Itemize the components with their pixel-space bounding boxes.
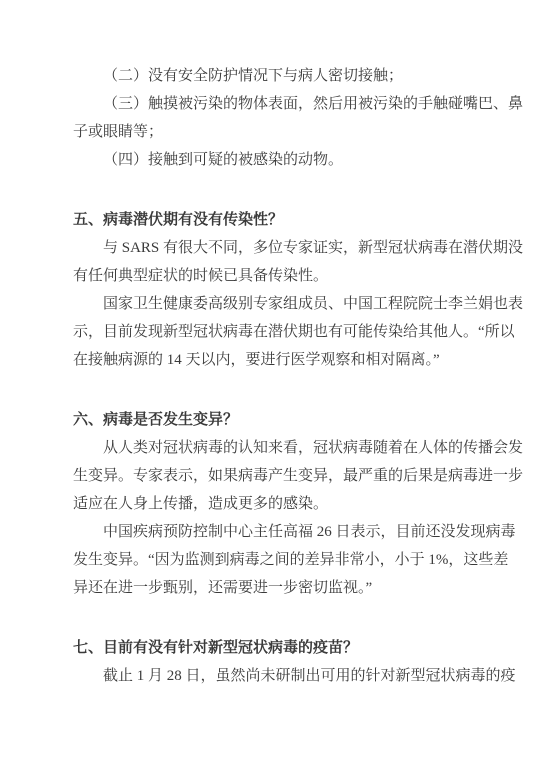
text-line: 在接触病源的 14 天以内，要进行医学观察和相对隔离。” <box>73 346 503 374</box>
text-line: 从人类对冠状病毒的认知来看，冠状病毒随着在人体的传播会发 <box>73 434 503 462</box>
text-line: 异还在进一步甄别，还需要进一步密切监视。” <box>73 574 503 602</box>
text-line: 截止 1 月 28 日，虽然尚未研制出可用的针对新型冠状病毒的疫 <box>73 662 503 690</box>
paragraph: （四）接触到可疑的被感染的动物。 <box>73 146 503 174</box>
text-line: 中国疾病预防控制中心主任高福 26 日表示，目前还没发现病毒 <box>73 518 503 546</box>
text-line: 示，目前发现新型冠状病毒在潜伏期也有可能传染给其他人。“所以 <box>73 318 503 346</box>
paragraph: 中国疾病预防控制中心主任高福 26 日表示，目前还没发现病毒 发生变异。“因为监… <box>73 518 503 602</box>
paragraph: （三）触摸被污染的物体表面，然后用被污染的手触碰嘴巴、鼻 子或眼睛等； <box>73 90 503 146</box>
text-line: （三）触摸被污染的物体表面，然后用被污染的手触碰嘴巴、鼻 <box>73 90 503 118</box>
paragraph: 与 SARS 有很大不同，多位专家证实，新型冠状病毒在潜伏期没 有任何典型症状的… <box>73 234 503 290</box>
text-line: 子或眼睛等； <box>73 118 503 146</box>
paragraph: 从人类对冠状病毒的认知来看，冠状病毒随着在人体的传播会发 生变异。专家表示，如果… <box>73 434 503 518</box>
text-line: （四）接触到可疑的被感染的动物。 <box>73 146 503 174</box>
text-line: 与 SARS 有很大不同，多位专家证实，新型冠状病毒在潜伏期没 <box>73 234 503 262</box>
text-line: 适应在人身上传播，造成更多的感染。 <box>73 490 503 518</box>
text-line: 国家卫生健康委高级别专家组成员、中国工程院院士李兰娟也表 <box>73 290 503 318</box>
text-line: （二）没有安全防护情况下与病人密切接触； <box>73 62 503 90</box>
section-heading: 七、目前有没有针对新型冠状病毒的疫苗？ <box>73 634 503 662</box>
text-line: 发生变异。“因为监测到病毒之间的差异非常小，小于 1%，这些差 <box>73 546 503 574</box>
text-line: 生变异。专家表示，如果病毒产生变异，最严重的后果是病毒进一步 <box>73 462 503 490</box>
text-line: 有任何典型症状的时候已具备传染性。 <box>73 262 503 290</box>
section-heading: 五、病毒潜伏期有没有传染性？ <box>73 206 503 234</box>
paragraph: 国家卫生健康委高级别专家组成员、中国工程院院士李兰娟也表 示，目前发现新型冠状病… <box>73 290 503 374</box>
paragraph: 截止 1 月 28 日，虽然尚未研制出可用的针对新型冠状病毒的疫 <box>73 662 503 690</box>
paragraph: （二）没有安全防护情况下与病人密切接触； <box>73 62 503 90</box>
document-page: （二）没有安全防护情况下与病人密切接触； （三）触摸被污染的物体表面，然后用被污… <box>0 0 543 768</box>
section-heading: 六、病毒是否发生变异？ <box>73 406 503 434</box>
